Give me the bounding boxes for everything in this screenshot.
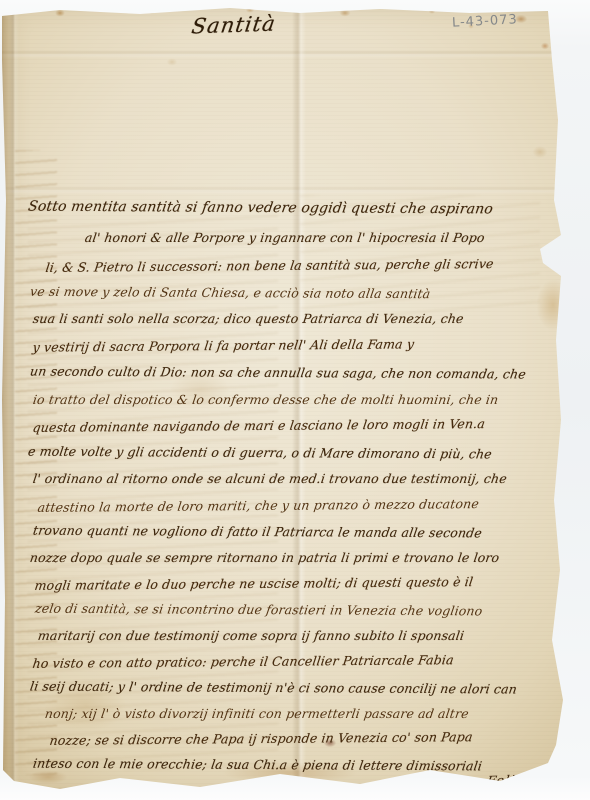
letter-line: e molte volte y gli accidenti o di guerr…: [27, 444, 493, 462]
letter-line: zelo di santità, se si incontrino due fo…: [34, 601, 483, 619]
letter-line: maritarij con due testimonij come sopra …: [37, 628, 465, 643]
letter-line: y vestirij di sacra Porpora li fa portar…: [32, 336, 415, 354]
letter-line: trovano quanti ne vogliono di fatto il P…: [32, 523, 483, 541]
letter-line: li seij ducati; y l' ordine de testimoni…: [29, 679, 518, 697]
signature: Felie: [485, 772, 565, 790]
letter-line: sua li santi solo nella scorza; dico que…: [32, 311, 465, 326]
letter-line: un secondo culto di Dio: non sa che annu…: [29, 363, 527, 381]
letter-line: Sotto mentita santità si fanno vedere og…: [27, 199, 494, 218]
letter-line: attestino la morte de loro mariti, che y…: [37, 496, 480, 515]
letter-line: li, & S. Pietro li successori: non bene …: [45, 256, 495, 275]
letter-line: l' ordinano al ritorno onde se alcuni de…: [32, 471, 508, 486]
letter-line: io tratto del dispotico & lo confermo de…: [32, 392, 499, 407]
letter-line: nonj; xij l' ò visto divorzij infiniti c…: [44, 706, 470, 721]
letter-line: ho visto e con atto pratico: perche il C…: [32, 652, 455, 671]
letter-line: questa dominante navigando de mari e las…: [32, 416, 486, 435]
letter-body: Sotto mentita santità si fanno vedere og…: [0, 0, 590, 800]
manuscript-paper: Santità L-43-073 Sotto mentita santità s…: [0, 0, 590, 800]
letter-line: mogli maritate e lo duo perche ne uscise…: [34, 574, 474, 593]
letter-line: nozze; se si discorre che Papa ij rispon…: [49, 729, 474, 748]
letter-line: ve si move y zelo di Santa Chiesa, e acc…: [29, 284, 431, 301]
letter-line: al' honori & alle Porpore y ingannare co…: [84, 230, 486, 245]
letter-line: inteso con le mie orecchie; la sua Chi.a…: [32, 756, 483, 774]
letter-line: nozze dopo quale se sempre ritornano in …: [29, 550, 500, 565]
